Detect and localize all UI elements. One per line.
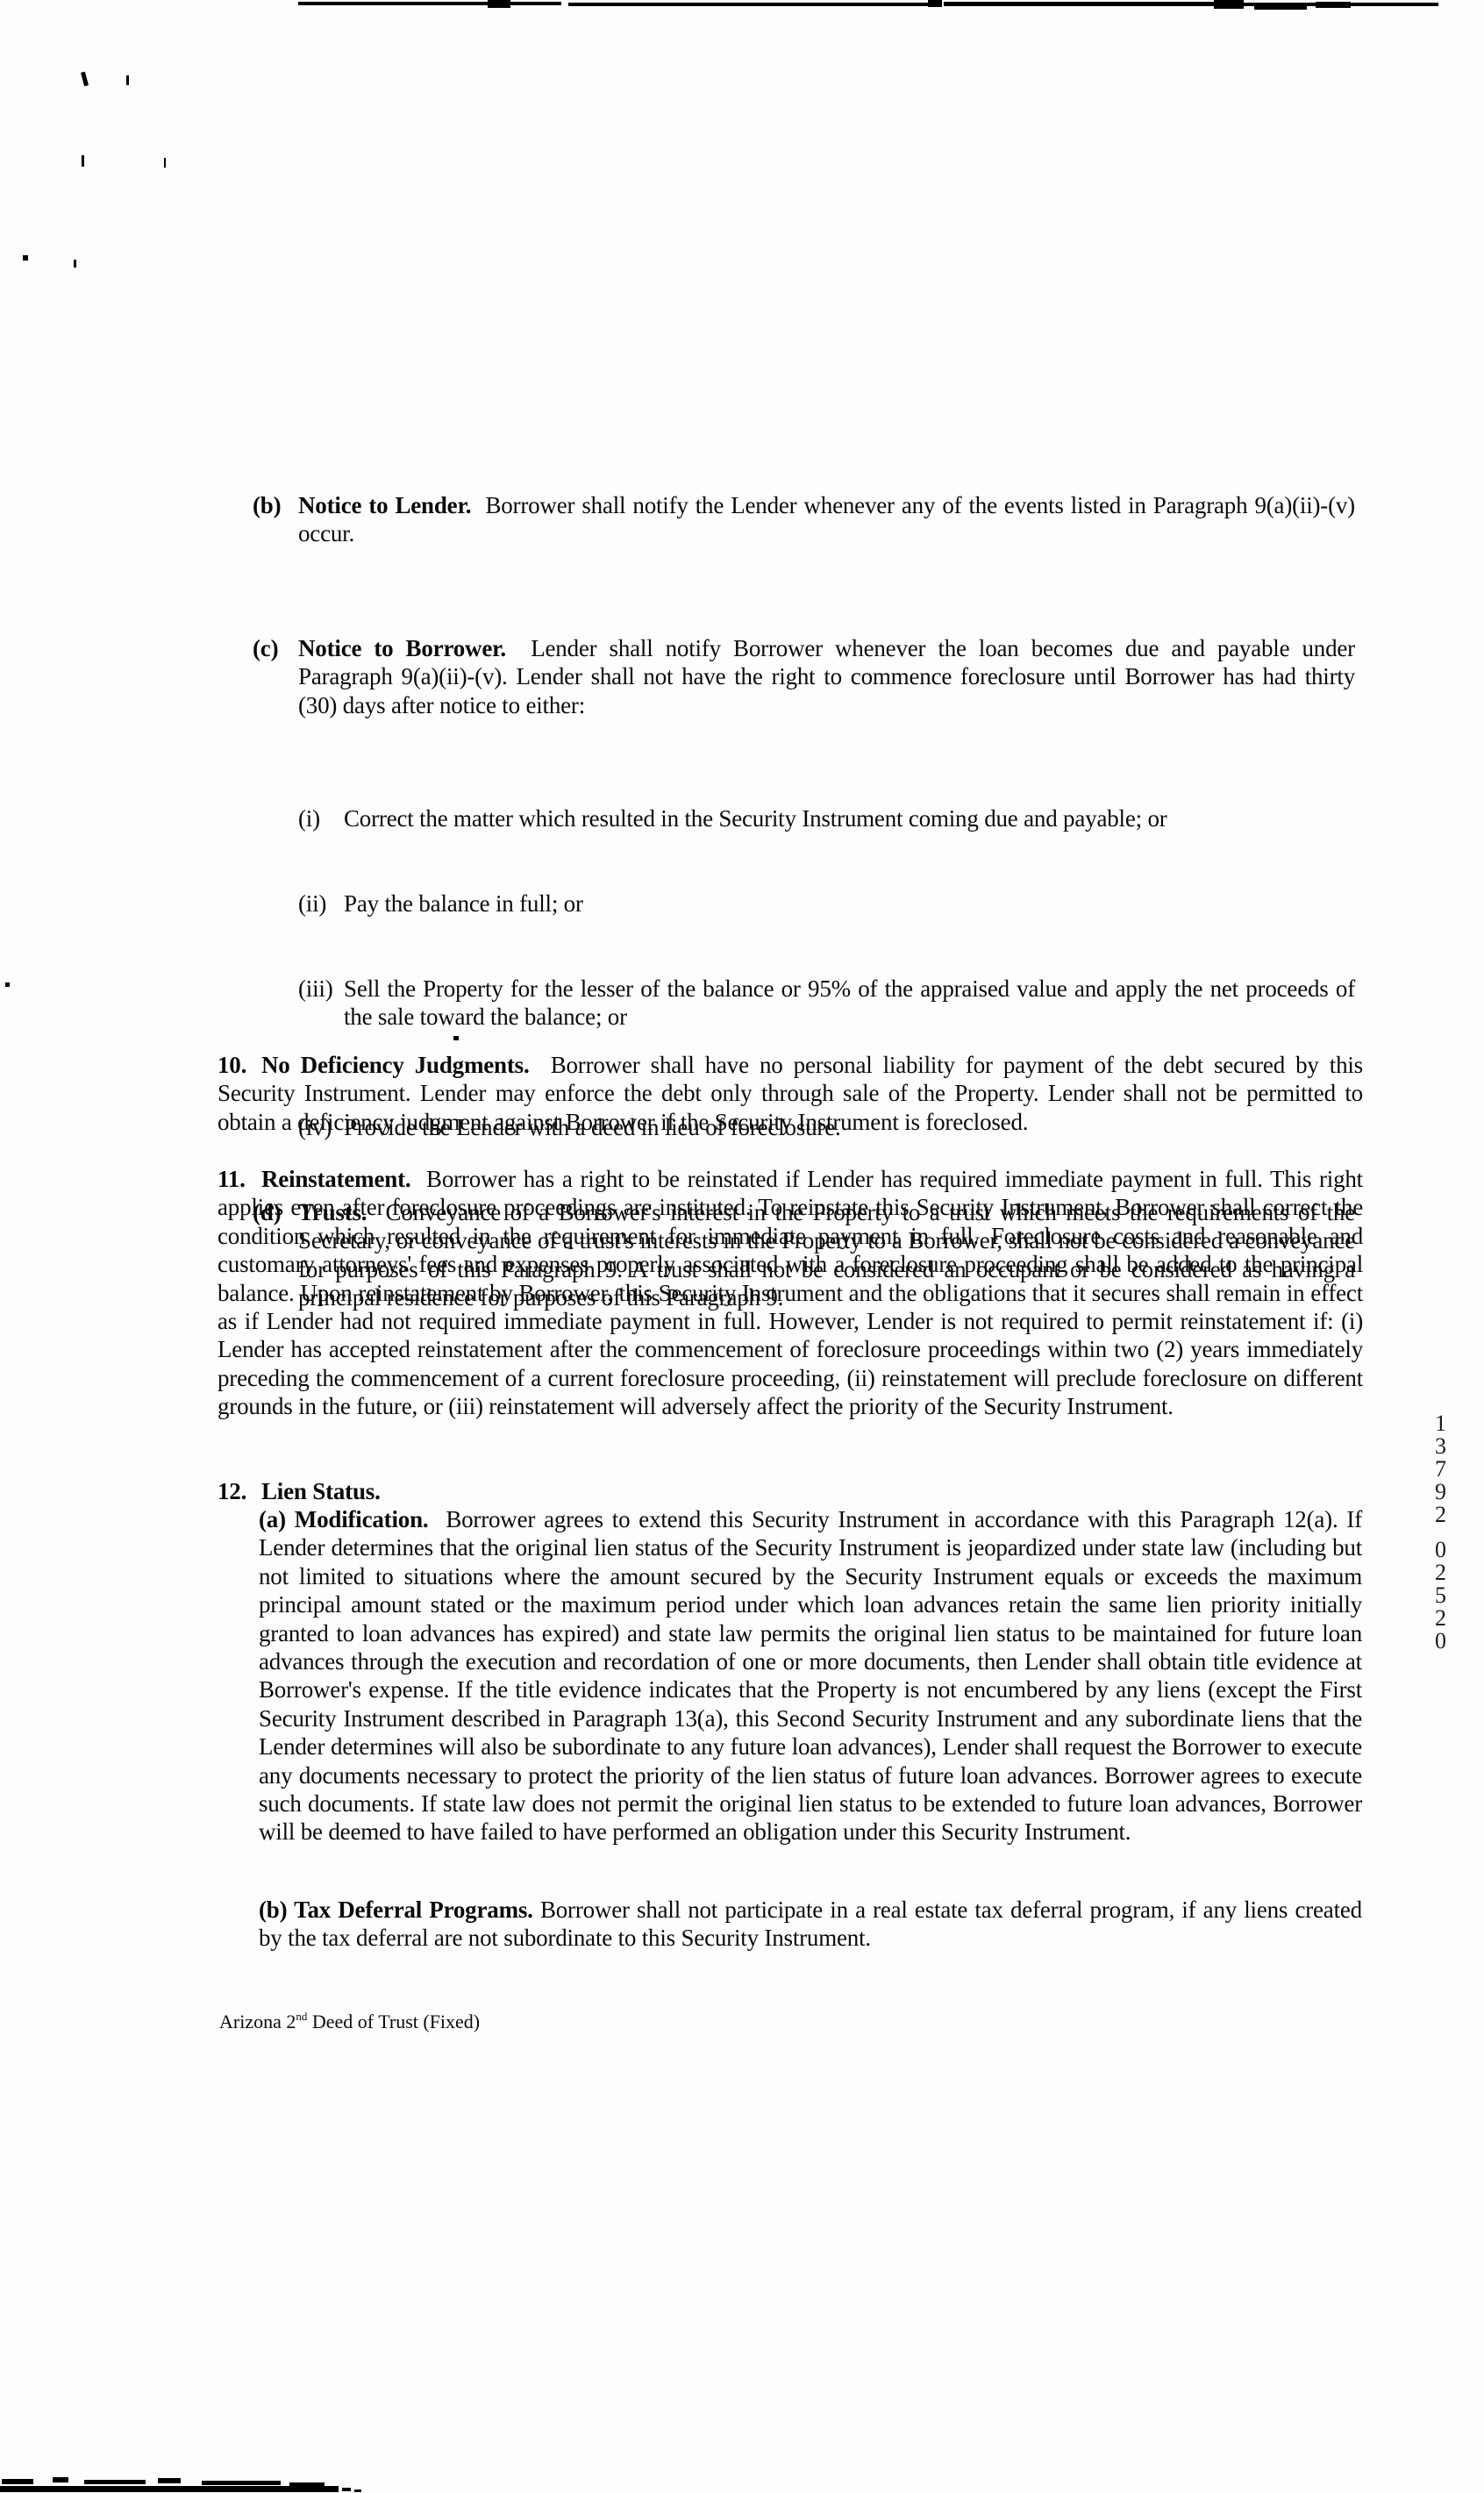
scan-speck [158, 2478, 181, 2483]
paragraph-notice-to-borrower: (c)Notice to Borrower. Lender shall noti… [298, 634, 1355, 719]
scan-speck [928, 0, 942, 7]
section-no-deficiency-judgments: 10.No Deficiency Judgments. Borrower sha… [218, 1051, 1363, 1136]
scan-speck [53, 2477, 68, 2482]
paragraph-text: Borrower agrees to extend this Security … [259, 1506, 1362, 1845]
scan-speck [81, 72, 89, 87]
item-text: Correct the matter which resulted in the… [344, 805, 1167, 832]
paragraph-label: (c) [253, 634, 278, 662]
item-label: (ii) [298, 889, 326, 918]
scan-speck [342, 2488, 351, 2491]
section-text: Borrower has a right to be reinstated if… [218, 1166, 1363, 1419]
item-text: Pay the balance in full; or [344, 890, 583, 917]
margin-stamp-number-2: 02520 [1428, 1537, 1454, 1651]
scan-speck [354, 2489, 361, 2492]
page-footer: Arizona 2nd Deed of Trust (Fixed) [219, 2003, 480, 2036]
item-label: (i) [298, 804, 320, 832]
section-heading: Lien Status. [261, 1478, 381, 1504]
scan-speck [5, 982, 10, 987]
scan-speck [488, 0, 510, 8]
section-reinstatement: 11.Reinstatement. Borrower has a right t… [218, 1165, 1363, 1421]
list-item-ii: (ii)Pay the balance in full; or [344, 889, 1355, 918]
scan-speck [74, 260, 76, 268]
scan-speck [23, 255, 28, 261]
paragraph-notice-to-lender: (b)Notice to Lender. Borrower shall noti… [298, 491, 1355, 548]
paragraph-heading: Notice to Lender. [298, 492, 471, 518]
scan-speck [453, 1036, 459, 1040]
scan-speck [289, 2482, 325, 2486]
list-item-i: (i)Correct the matter which resulted in … [344, 804, 1355, 832]
scan-speck [164, 158, 166, 168]
paragraph-heading: (b) Tax Deferral Programs. [259, 1897, 533, 1923]
section-heading: No Deficiency Judgments. [261, 1052, 530, 1078]
scan-speck [1316, 2, 1351, 8]
scan-speck [1254, 5, 1307, 10]
paragraph-label: (b) [253, 491, 281, 519]
scan-speck [82, 155, 84, 167]
section-number: 12. [218, 1477, 261, 1505]
scan-edge-line-top [568, 3, 937, 6]
section-heading: Reinstatement. [261, 1166, 410, 1192]
scan-speck [126, 75, 129, 85]
scan-speck [202, 2481, 281, 2485]
scan-edge-line-bottom [0, 2486, 339, 2492]
list-item-iii: (iii)Sell the Property for the lesser of… [344, 975, 1355, 1032]
scan-edge-line-top [944, 2, 1216, 6]
footer-prefix: Arizona 2 [219, 2011, 296, 2032]
scan-edge-line-top [298, 2, 561, 5]
item-text: Sell the Property for the lesser of the … [344, 975, 1355, 1030]
scan-speck [2, 2479, 33, 2484]
scan-speck [1214, 0, 1244, 9]
scan-speck [84, 2480, 146, 2484]
paragraph-heading: (a) Modification. [259, 1506, 428, 1532]
footer-suffix: Deed of Trust (Fixed) [307, 2011, 480, 2032]
margin-stamp-number-1: 13792 [1428, 1411, 1454, 1525]
footer-superscript: nd [296, 2010, 307, 2023]
section-number: 10. [218, 1051, 261, 1079]
paragraph-heading: Notice to Borrower. [298, 635, 506, 661]
section-lien-status-heading: 12.Lien Status. [218, 1477, 1363, 1505]
scanned-document-page: (b)Notice to Lender. Borrower shall noti… [0, 0, 1484, 2493]
item-label: (iii) [298, 975, 333, 1003]
section-number: 11. [218, 1165, 261, 1193]
paragraph-tax-deferral-programs: (b) Tax Deferral Programs. Borrower shal… [259, 1896, 1362, 1953]
paragraph-modification: (a) Modification. Borrower agrees to ext… [259, 1505, 1362, 1847]
